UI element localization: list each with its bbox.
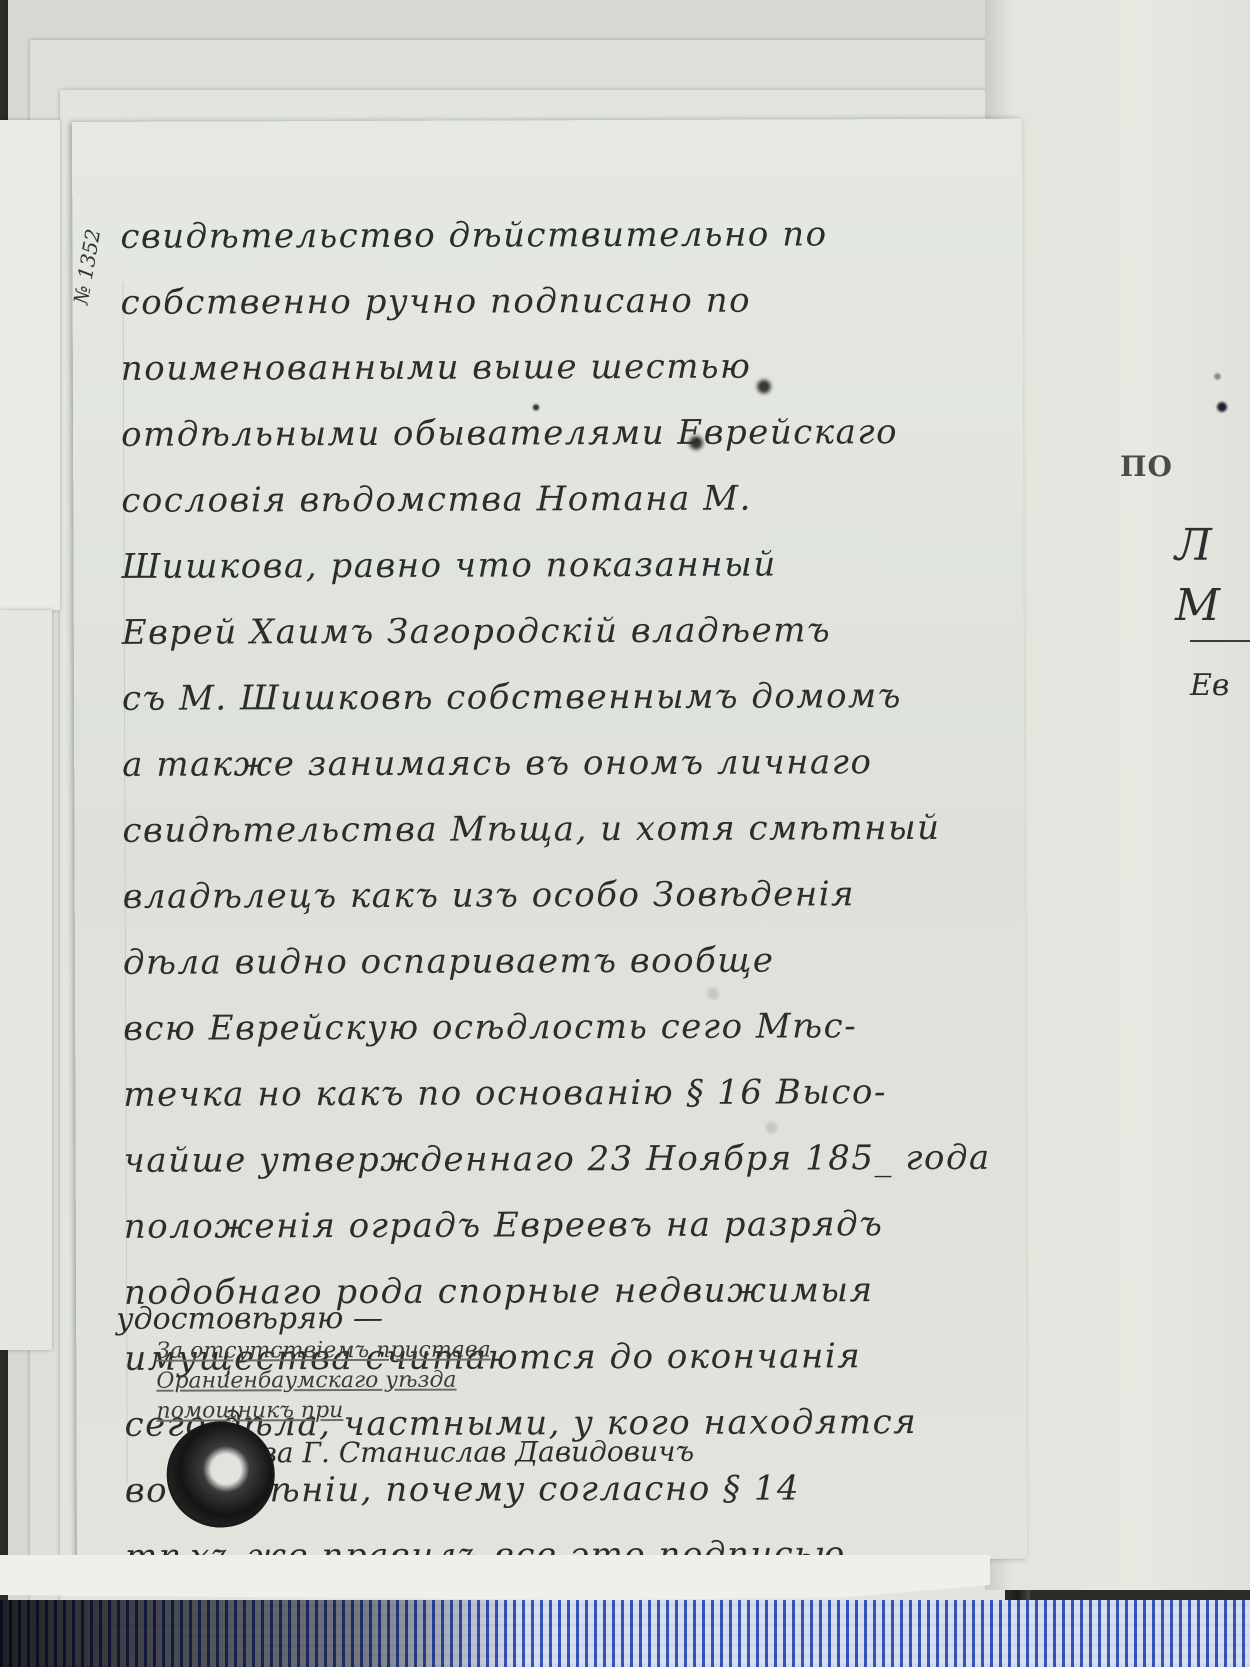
text-line: свидѣтельства Мѣща, и хотя смѣтный [122, 795, 1002, 864]
text-line: чайше утвержденнаго 23 Ноября 185_ года [124, 1125, 1004, 1194]
signature: става Г. Станислав Давидовичъ [202, 1434, 917, 1469]
handwritten-fragment: Л [1175, 520, 1212, 571]
official-title-line: Ораниенбаумскаго уѣзда [156, 1364, 916, 1397]
ink-seal-icon [167, 1421, 275, 1527]
text-line: всю Еврейскую осѣдлость сего Мѣс- [123, 993, 1003, 1062]
text-line: поименованными выше шестью [121, 333, 1001, 402]
punch-hole [1215, 400, 1229, 414]
photo-scene: ПО Л М Ев № 1352 свидѣтельство дѣйствите… [0, 0, 1250, 1667]
underline-rule [1190, 640, 1250, 642]
text-line: съ М. Шишковѣ собственнымъ домомъ [122, 663, 1002, 732]
document-page: № 1352 свидѣтельство дѣйствительно по со… [72, 119, 1027, 1562]
handwritten-fragment: М [1175, 580, 1220, 631]
text-line: отдѣльными обывателями Еврейскаго [121, 399, 1001, 468]
text-line: дѣла видно оспариваетъ вообще [123, 927, 1003, 996]
punch-hole [1213, 372, 1222, 381]
back-sheet-edge [0, 610, 52, 1350]
attestation-line: удостовѣряю — [116, 1299, 916, 1337]
text-line: течка но какъ по основанію § 16 Высо- [123, 1059, 1003, 1128]
handwritten-fragment: Ев [1190, 668, 1229, 703]
back-sheet-edge [0, 120, 60, 610]
text-line: собственно ручно подписано по [121, 267, 1001, 336]
margin-note-number: № 1352 [69, 227, 106, 306]
text-line: положенія оградъ Евреевъ на разрядъ [124, 1191, 1004, 1260]
printed-heading-fragment: ПО [1120, 450, 1173, 483]
text-line: свидѣтельство дѣйствительно по [120, 201, 1000, 270]
official-title-line: помощникъ при [156, 1394, 916, 1427]
text-line: сословія вѣдомства Нотана М. [121, 465, 1001, 534]
text-line: Еврей Хаимъ Загородскій владѣетъ [122, 597, 1002, 666]
shadow [0, 1600, 520, 1667]
text-line: Шишкова, равно что показанный [121, 531, 1001, 600]
text-line: владѣлецъ какъ изъ особо Зовѣденія [123, 861, 1003, 930]
text-line: а также занимаясь въ ономъ личнаго [122, 729, 1002, 798]
official-title-line: За отсутствіемъ пристава [156, 1334, 916, 1367]
